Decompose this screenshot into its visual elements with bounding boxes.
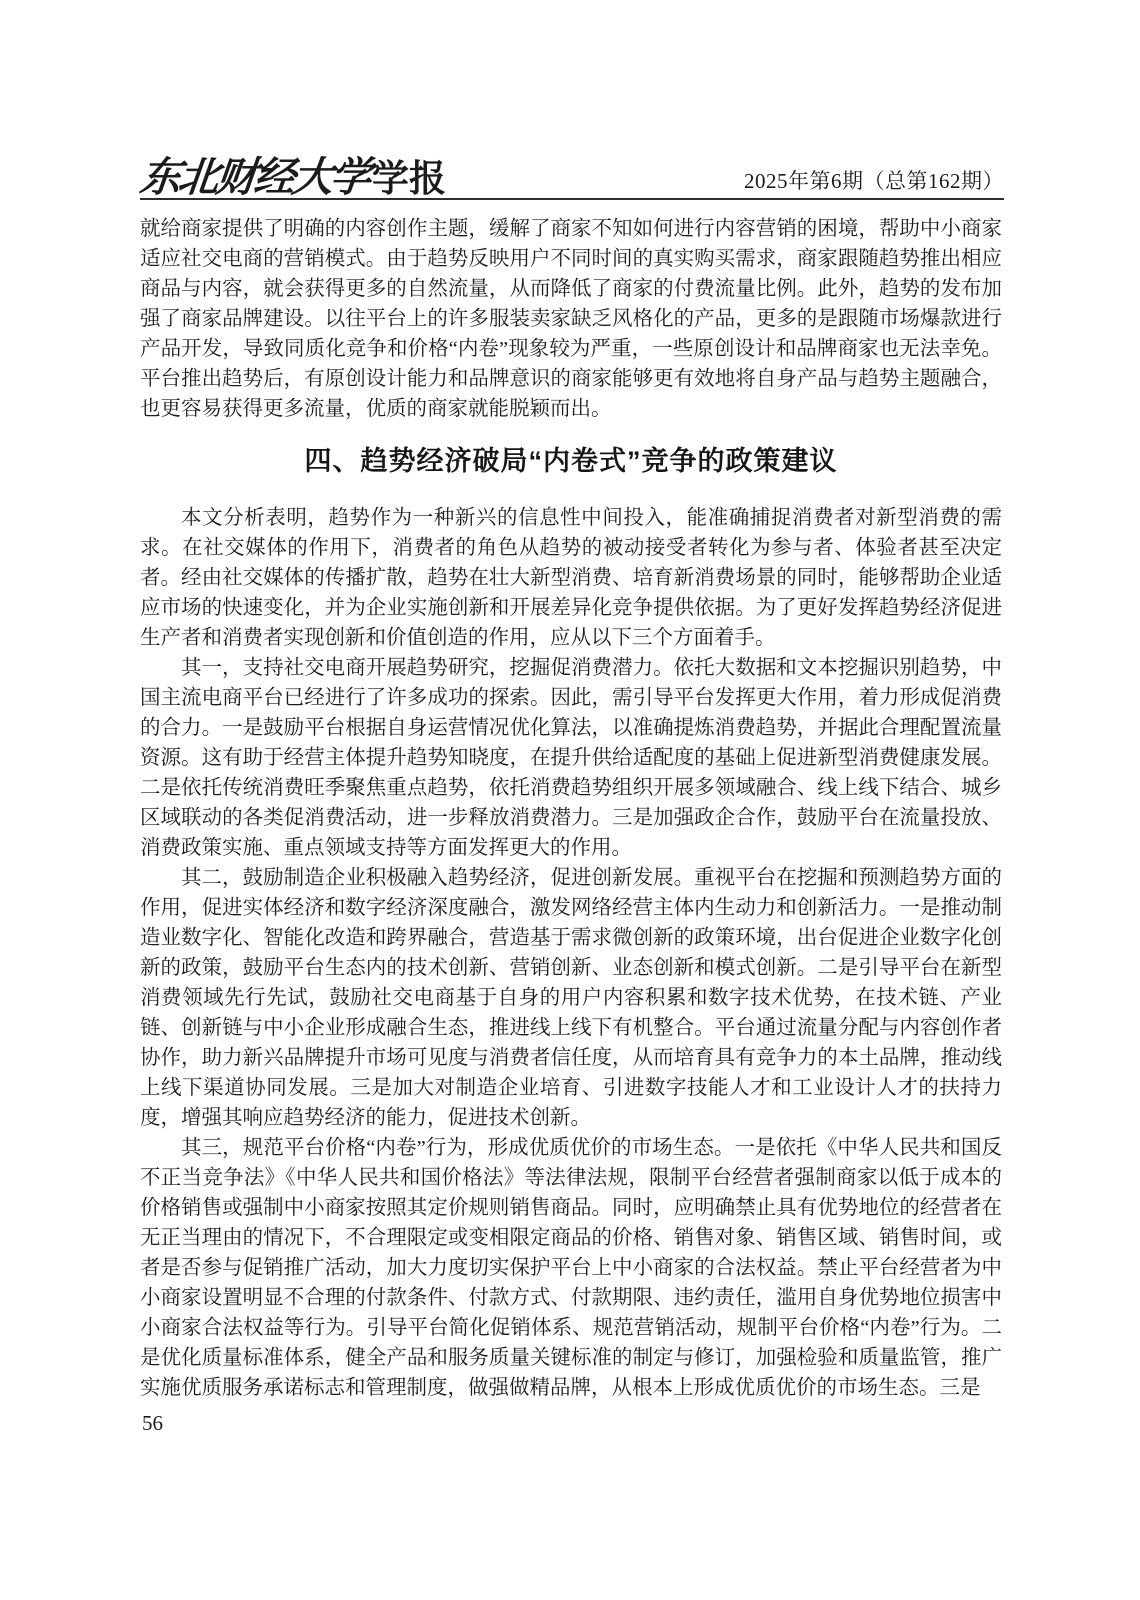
policy-paragraph-4: 其三，规范平台价格“内卷”行为，形成优质优价的市场生态。一是依托《中华人民共和国…: [140, 1133, 1002, 1403]
issue-info: 2025年第6期（总第162期）: [744, 171, 1004, 198]
page-number: 56: [142, 1411, 163, 1435]
policy-paragraph-2: 其一，支持社交电商开展趋势研究，挖掘促消费潜力。依托大数据和文本挖掘识别趋势，中…: [140, 653, 1002, 863]
section-heading: 四、趋势经济破局“内卷式”竞争的政策建议: [140, 441, 1002, 481]
journal-logo: 东北财经大学学报: [140, 157, 446, 198]
policy-paragraphs: 本文分析表明，趋势作为一种新兴的信息性中间投入，能准确捕捉消费者对新型消费的需求…: [140, 503, 1002, 1403]
page-footer: 56: [142, 1413, 163, 1435]
page-header: 东北财经大学学报 2025年第6期（总第162期）: [140, 144, 1004, 198]
continuation-paragraph: 就给商家提供了明确的内容创作主题，缓解了商家不知如何进行内容营销的困境，帮助中小…: [140, 214, 1002, 424]
journal-logo-suffix: 学报: [372, 161, 446, 198]
journal-logo-calligraphy: 东北财经大学: [138, 157, 370, 198]
journal-page: 东北财经大学学报 2025年第6期（总第162期） 就给商家提供了明确的内容创作…: [0, 0, 1140, 1600]
policy-paragraph-1: 本文分析表明，趋势作为一种新兴的信息性中间投入，能准确捕捉消费者对新型消费的需求…: [140, 503, 1002, 653]
header-divider: [140, 198, 1004, 200]
policy-paragraph-3: 其二，鼓励制造企业积极融入趋势经济，促进创新发展。重视平台在挖掘和预测趋势方面的…: [140, 863, 1002, 1133]
article-body: 就给商家提供了明确的内容创作主题，缓解了商家不知如何进行内容营销的困境，帮助中小…: [140, 214, 1002, 1403]
